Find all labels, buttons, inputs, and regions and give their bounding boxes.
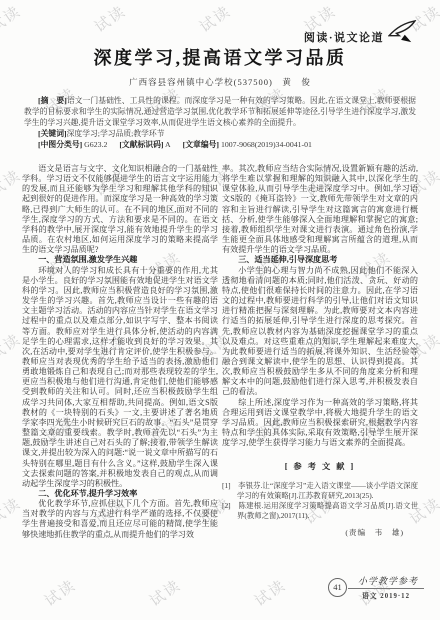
doc-code-seg: [文献标识码] A bbox=[119, 140, 170, 149]
editor-note: (责编 韦 雄) bbox=[222, 528, 418, 538]
classification-line: [中图分类号] G623.2 [文献标识码] A [文章编号] 1007-906… bbox=[24, 139, 416, 150]
section-label: 阅读·说文论道 bbox=[304, 29, 384, 45]
clc-seg: [中图分类号] G623.2 bbox=[38, 140, 107, 149]
page-content: 阅读·说文论道 深度学习,提高语文学习品质 广西容县容州镇中心学校(537500… bbox=[0, 0, 440, 620]
doc-code-value: A bbox=[165, 140, 171, 149]
section-3-paragraph: 小学生的心理与智力尚不成熟,因此他们不能深入透彻地看清问题的本质;同时,他们活泼… bbox=[222, 266, 418, 398]
references-heading: [ 参 考 文 献 ] bbox=[222, 462, 418, 472]
author-byline: 广西容县容州镇中心学校(537500) 黄 俊 bbox=[0, 76, 440, 88]
section-3-heading: 三、适当延伸,引导深度思考 bbox=[222, 255, 418, 265]
reference-item: [2] 陈建根.运用深度学习策略提高语文学习品质[J].语文世界(教师之窗),2… bbox=[222, 501, 418, 521]
section-1-heading: 一、营造氛围,激发学生兴趣 bbox=[22, 255, 218, 265]
left-column: 语文是语言与文字、文化知识相融合的一门基础性学科。学习语文不仅能够促进学生的语言… bbox=[22, 164, 218, 540]
article-id-seg: [文章编号] 1007-9068(2019)34-0041-01 bbox=[183, 140, 312, 149]
keywords-label: [关键词] bbox=[38, 129, 67, 138]
conclusion-paragraph: 综上所述,深度学习作为一种高效的学习策略,将其合理运用到语文课堂教学中,将极大地… bbox=[222, 398, 418, 449]
article-id-label: [文章编号] bbox=[183, 140, 219, 149]
journal-page: 试读试读试读试读试读试读试读试读试读试读试读试读试读试读试读试读试读试读试读试读… bbox=[0, 0, 440, 620]
article-id-value: 1007-9068(2019)34-0041-01 bbox=[221, 140, 312, 149]
keywords: [关键词]深度学习;学习品质;教学环节 bbox=[24, 128, 416, 139]
abstract: [摘 要]语文一门基础性、工具性的课程。而深度学习是一种有效的学习策略。因此,在… bbox=[24, 95, 416, 128]
reference-item: [1] 李银芬.让“深度学习”走入语文课堂——谈小学语文深度学习的有效策略[J]… bbox=[222, 481, 418, 501]
abstract-label: [摘 要] bbox=[38, 96, 67, 105]
doc-code-label: [文献标识码] bbox=[119, 140, 163, 149]
journal-issue: 语文 2019·12 bbox=[362, 590, 410, 600]
clc-label: [中图分类号] bbox=[38, 140, 82, 149]
journal-block: 小学教学参考 语文 2019·12 bbox=[348, 574, 424, 600]
section-2-paragraph-left: 优化教学环节,应抓住以下几个方面。首先,教师应当对教学的内容与方式进行科学严谨的… bbox=[22, 499, 218, 540]
intro-paragraph: 语文是语言与文字、文化知识相融合的一门基础性学科。学习语文不仅能够促进学生的语言… bbox=[22, 164, 218, 255]
section-2-paragraph-continued: 率。其次,教师应当结合实际情况,设置新颖有趣的活动,将学生难以掌握和理解的知识融… bbox=[222, 164, 418, 255]
section-1-paragraph: 环境对人的学习和成长具有十分重要的作用,尤其是小学生。良好的学习氛围能有效地促进… bbox=[22, 266, 218, 489]
section-2-heading: 二、优化环节,提升学习效率 bbox=[22, 489, 218, 499]
quill-bird-icon bbox=[388, 20, 416, 44]
clc-value: G623.2 bbox=[84, 140, 107, 149]
page-number-badge: 41 bbox=[328, 578, 347, 597]
keywords-text: 深度学习;学习品质;教学环节 bbox=[67, 129, 165, 138]
page-footer: 41 小学教学参考 语文 2019·12 bbox=[328, 574, 424, 600]
right-column: 率。其次,教师应当结合实际情况,设置新颖有趣的活动,将学生难以掌握和理解的知识融… bbox=[222, 164, 418, 538]
article-title: 深度学习,提高语文学习品质 bbox=[0, 44, 440, 70]
journal-name: 小学教学参考 bbox=[348, 574, 424, 589]
article-meta: [摘 要]语文一门基础性、工具性的课程。而深度学习是一种有效的学习策略。因此,在… bbox=[24, 95, 416, 150]
abstract-text: 语文一门基础性、工具性的课程。而深度学习是一种有效的学习策略。因此,在语文课堂上… bbox=[24, 96, 416, 127]
